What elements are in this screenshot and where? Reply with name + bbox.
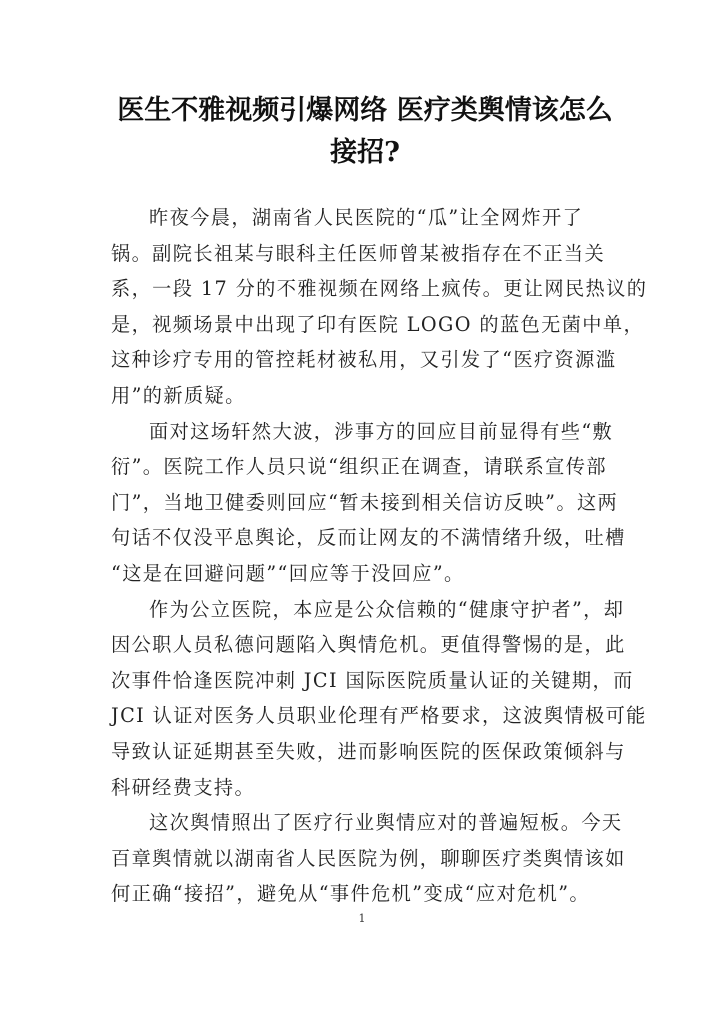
text-line: 句话不仅没平息舆论，反而让网友的不满情绪升级，吐槽 — [111, 520, 621, 556]
text-line: 系，一段 17 分的不雅视频在网络上疯传。更让网民热议的 — [111, 271, 621, 307]
page-number: 1 — [0, 912, 724, 925]
text-line: 是，视频场景中出现了印有医院 LOGO 的蓝色无菌中单， — [111, 307, 621, 343]
text-line: 门”，当地卫健委则回应“暂未接到相关信访反映”。这两 — [111, 485, 621, 521]
document-title: 医生不雅视频引爆网络 医疗类舆情该怎么 接招? — [100, 90, 630, 174]
text-line: 作为公立医院，本应是公众信赖的“健康守护者”，却 — [111, 592, 621, 628]
text-line: 百章舆情就以湖南省人民医院为例，聊聊医疗类舆情该如 — [111, 841, 621, 877]
title-line-2: 接招? — [100, 132, 630, 174]
text-line: 昨夜今晨，湖南省人民医院的“瓜”让全网炸开了 — [111, 200, 621, 236]
paragraph-1: 昨夜今晨，湖南省人民医院的“瓜”让全网炸开了 锅。副院长祖某与眼科主任医师曾某被… — [111, 200, 621, 414]
paragraph-4: 这次舆情照出了医疗行业舆情应对的普遍短板。今天 百章舆情就以湖南省人民医院为例，… — [111, 805, 621, 912]
text-line: 因公职人员私德问题陷入舆情危机。更值得警惕的是，此 — [111, 627, 621, 663]
document-page: 医生不雅视频引爆网络 医疗类舆情该怎么 接招? 昨夜今晨，湖南省人民医院的“瓜”… — [0, 0, 724, 1024]
text-line: 面对这场轩然大波，涉事方的回应目前显得有些“敷 — [111, 414, 621, 450]
document-body: 昨夜今晨，湖南省人民医院的“瓜”让全网炸开了 锅。副院长祖某与眼科主任医师曾某被… — [111, 200, 621, 912]
text-line: 用”的新质疑。 — [111, 378, 621, 414]
text-line: 这次舆情照出了医疗行业舆情应对的普遍短板。今天 — [111, 805, 621, 841]
text-line: 次事件恰逢医院冲刺 JCI 国际医院质量认证的关键期，而 — [111, 663, 621, 699]
paragraph-2: 面对这场轩然大波，涉事方的回应目前显得有些“敷 衍”。医院工作人员只说“组织正在… — [111, 414, 621, 592]
paragraph-3: 作为公立医院，本应是公众信赖的“健康守护者”，却 因公职人员私德问题陷入舆情危机… — [111, 592, 621, 806]
text-line: 锅。副院长祖某与眼科主任医师曾某被指存在不正当关 — [111, 236, 621, 272]
title-line-1: 医生不雅视频引爆网络 医疗类舆情该怎么 — [100, 90, 630, 132]
text-line: 衍”。医院工作人员只说“组织正在调查，请联系宣传部 — [111, 449, 621, 485]
text-line: JCI 认证对医务人员职业伦理有严格要求，这波舆情极可能 — [111, 698, 621, 734]
text-line: 导致认证延期甚至失败，进而影响医院的医保政策倾斜与 — [111, 734, 621, 770]
text-line: 科研经费支持。 — [111, 770, 621, 806]
text-line: 这种诊疗专用的管控耗材被私用，又引发了“医疗资源滥 — [111, 342, 621, 378]
text-line: 何正确“接招”，避免从“事件危机”变成“应对危机”。 — [111, 876, 621, 912]
text-line: “这是在回避问题”“回应等于没回应”。 — [111, 556, 621, 592]
